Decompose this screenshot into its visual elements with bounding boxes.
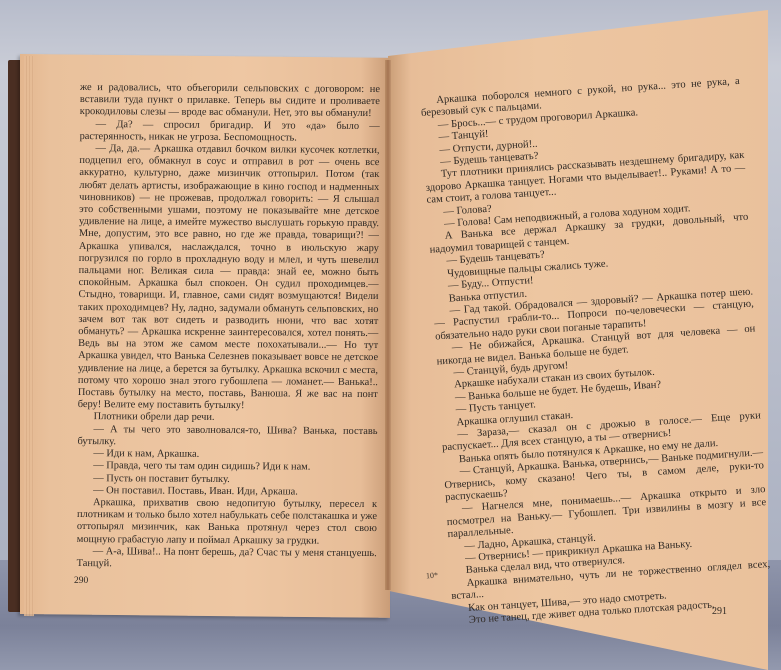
paragraph: — А-а, Шива!.. На понт берешь, да? Счас … bbox=[77, 546, 377, 573]
paragraph: — Да, да.— Аркашка отдавил бочком вилки … bbox=[78, 143, 380, 414]
right-page-text: Аркашка поборолся немного с рукой, но ру… bbox=[420, 76, 773, 629]
paragraph: — Да? — спросил бригадир. И это «да» был… bbox=[80, 119, 380, 146]
right-page-number: 291 bbox=[712, 606, 727, 617]
left-page-text: же и радовались, что объегорили сельповс… bbox=[77, 82, 380, 572]
paragraph: — А ты чего это заволновался-то, Шива? В… bbox=[77, 424, 377, 451]
signature-mark: 10* bbox=[426, 571, 439, 581]
book-gutter bbox=[385, 60, 391, 590]
paragraph: Аркашка, прихватив свою недопитую бутылк… bbox=[77, 497, 377, 548]
paragraph: же и радовались, что объегорили сельповс… bbox=[80, 82, 380, 121]
left-page-number: 290 bbox=[74, 576, 88, 586]
